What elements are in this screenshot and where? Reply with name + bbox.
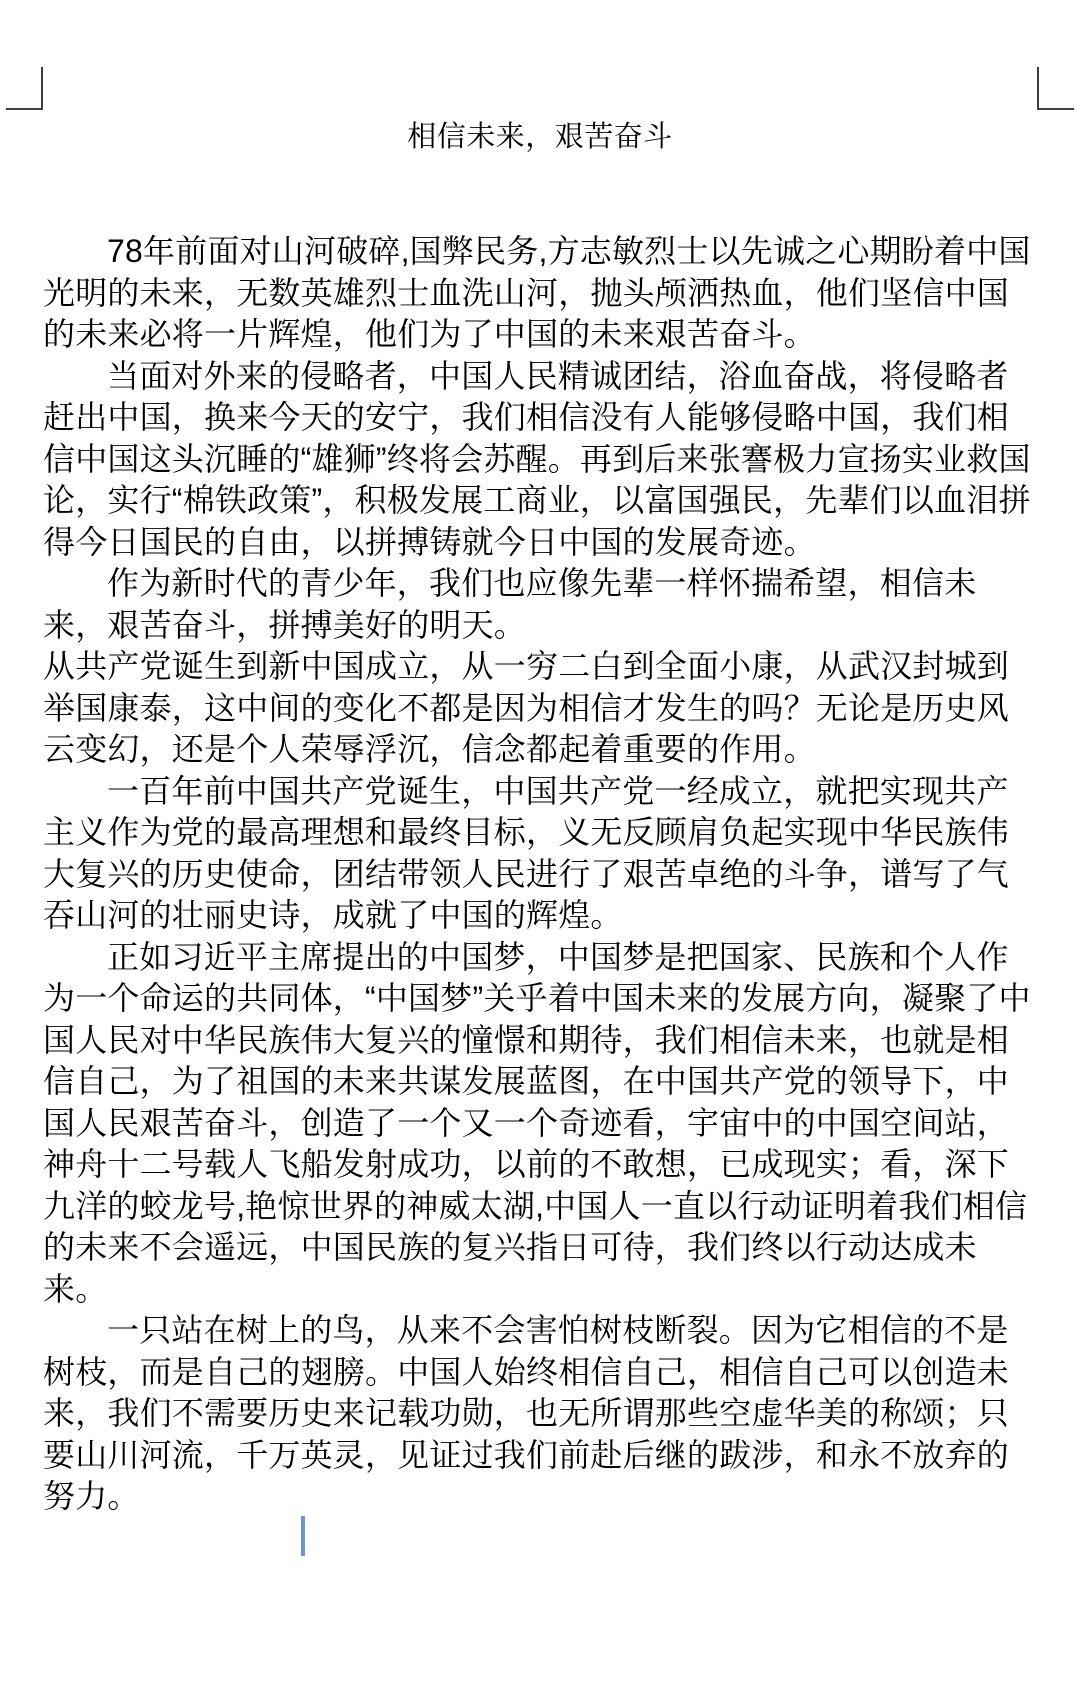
text-line[interactable]: 来，艰苦奋斗，拼搏美好的明天。 [43, 605, 1039, 647]
text-line[interactable]: 一百年前中国共产党诞生，中国共产党一经成立，就把实现共产 [43, 771, 1039, 813]
text-line[interactable]: 从共产党诞生到新中国成立，从一穷二白到全面小康，从武汉封城到 [43, 646, 1039, 688]
text-line[interactable]: 来，我们不需要历史来记载功勋，也无所谓那些空虚华美的称颂；只 [43, 1393, 1039, 1435]
text-line[interactable]: 要山川河流，千万英灵，见证过我们前赴后继的跋涉，和永不放弃的 [43, 1435, 1039, 1477]
document-page: 相信未来，艰苦奋斗 78年前面对山河破碎,国弊民务,方志敏烈士以先诚之心期盼着中… [0, 0, 1080, 1699]
text-line[interactable]: 作为新时代的青少年，我们也应像先辈一样怀揣希望，相信未 [43, 563, 1039, 605]
text-line[interactable]: 为一个命运的共同体，“中国梦”关乎着中国未来的发展方向，凝聚了中 [43, 978, 1039, 1020]
text-line[interactable]: 云变幻，还是个人荣辱浮沉，信念都起着重要的作用。 [43, 729, 1039, 771]
text-line[interactable]: 大复兴的历史使命，团结带领人民进行了艰苦卓绝的斗争，谱写了气 [43, 854, 1039, 896]
text-line[interactable]: 主义作为党的最高理想和最终目标，义无反顾肩负起实现中华民族伟 [43, 812, 1039, 854]
text-line[interactable]: 举国康泰，这中间的变化不都是因为相信才发生的吗？无论是历史风 [43, 688, 1039, 730]
text-line[interactable]: 国人民对中华民族伟大复兴的憧憬和期待，我们相信未来，也就是相 [43, 1020, 1039, 1062]
text-line[interactable]: 国人民艰苦奋斗，创造了一个又一个奇迹看，宇宙中的中国空间站， [43, 1103, 1039, 1145]
margin-crop-mark-top-left-horizontal [6, 108, 43, 110]
margin-crop-mark-top-right-vertical [1037, 67, 1039, 110]
text-line[interactable]: 得今日国民的自由，以拼搏铸就今日中国的发展奇迹。 [43, 522, 1039, 564]
document-body[interactable]: 78年前面对山河破碎,国弊民务,方志敏烈士以先诚之心期盼着中国光明的未来，无数英… [43, 231, 1039, 1518]
text-line[interactable]: 赶出中国，换来今天的安宁，我们相信没有人能够侵略中国，我们相 [43, 397, 1039, 439]
margin-crop-mark-top-left-vertical [41, 67, 43, 110]
text-line[interactable]: 正如习近平主席提出的中国梦，中国梦是把国家、民族和个人作 [43, 937, 1039, 979]
text-line[interactable]: 一只站在树上的鸟，从来不会害怕树枝断裂。因为它相信的不是 [43, 1310, 1039, 1352]
text-line[interactable]: 神舟十二号载人飞船发射成功，以前的不敢想，已成现实；看，深下 [43, 1144, 1039, 1186]
text-line[interactable]: 当面对外来的侵略者，中国人民精诚团结，浴血奋战，将侵略者 [43, 356, 1039, 398]
text-line[interactable]: 来。 [43, 1269, 1039, 1311]
text-line[interactable]: 树枝，而是自己的翅膀。中国人始终相信自己，相信自己可以创造未 [43, 1352, 1039, 1394]
document-title[interactable]: 相信未来，艰苦奋斗 [0, 114, 1080, 155]
text-line[interactable]: 78年前面对山河破碎,国弊民务,方志敏烈士以先诚之心期盼着中国 [43, 231, 1039, 273]
text-line[interactable]: 的未来不会遥远，中国民族的复兴指日可待，我们终以行动达成未 [43, 1227, 1039, 1269]
text-line[interactable]: 九洋的蛟龙号,艳惊世界的神威太湖,中国人一直以行动证明着我们相信 [43, 1186, 1039, 1228]
text-line[interactable]: 努力。 [43, 1476, 1039, 1518]
text-line[interactable]: 论，实行“棉铁政策”，积极发展工商业，以富国强民，先辈们以血泪拼 [43, 480, 1039, 522]
text-line[interactable]: 的未来必将一片辉煌，他们为了中国的未来艰苦奋斗。 [43, 314, 1039, 356]
text-line[interactable]: 光明的未来，无数英雄烈士血洗山河，抛头颅洒热血，他们坚信中国 [43, 273, 1039, 315]
text-line[interactable]: 信中国这头沉睡的“雄狮”终将会苏醒。再到后来张謇极力宣扬实业救国 [43, 439, 1039, 481]
text-cursor [301, 1516, 305, 1556]
text-line[interactable]: 吞山河的壮丽史诗，成就了中国的辉煌。 [43, 895, 1039, 937]
text-line[interactable]: 信自己，为了祖国的未来共谋发展蓝图，在中国共产党的领导下，中 [43, 1061, 1039, 1103]
margin-crop-mark-top-right-horizontal [1037, 108, 1074, 110]
